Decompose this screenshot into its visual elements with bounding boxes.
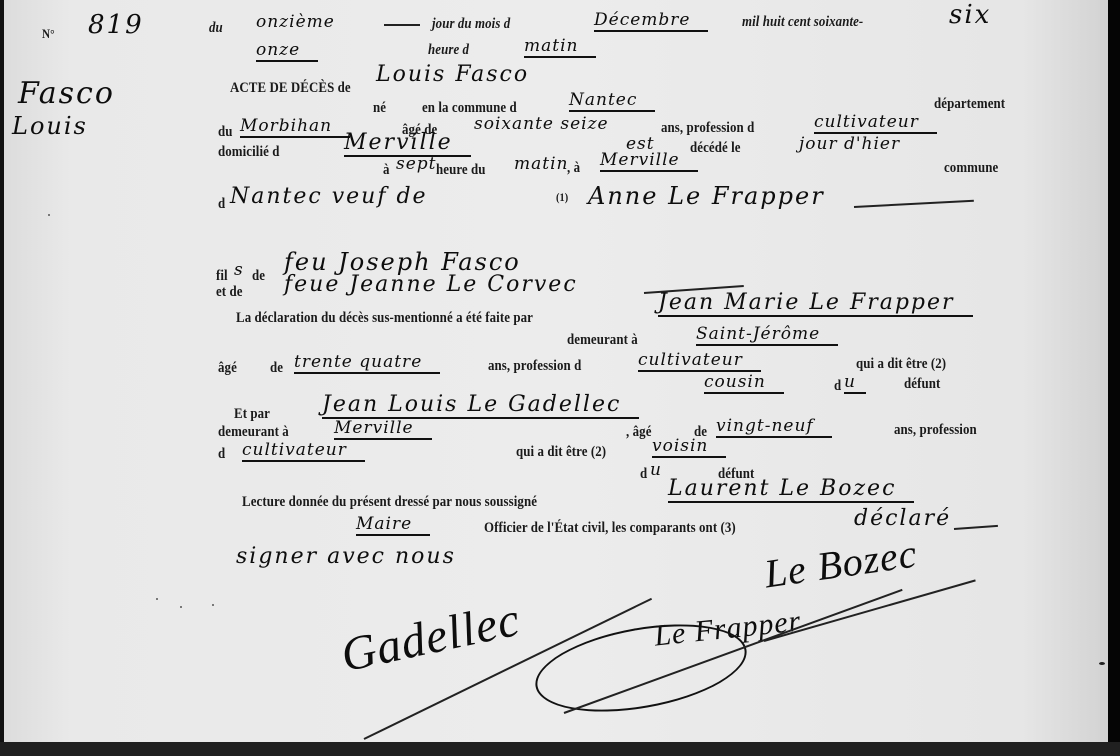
hw-spouse: Anne Le Frapper xyxy=(588,182,825,210)
label-demeurant-a: demeurant à xyxy=(567,332,638,349)
scan-right-edge xyxy=(1108,0,1120,742)
hw-declarant1-d: u xyxy=(844,372,866,394)
label-a: à xyxy=(383,162,390,179)
label-lecture: Lecture donnée du présent dressé par nou… xyxy=(242,494,537,511)
signature-gadellec: Gadellec xyxy=(336,592,525,683)
hw-age: soixante seize xyxy=(474,114,609,134)
label-age: âgé xyxy=(218,360,237,377)
hw-declarant2-profession: cultivateur xyxy=(242,440,365,462)
hw-declarant2-age: vingt-neuf xyxy=(716,416,832,438)
margin-firstname: Louis xyxy=(12,112,88,140)
label-acte-de-deces: ACTE DE DÉCÈS de xyxy=(230,80,351,97)
hw-profession: cultivateur xyxy=(814,112,937,134)
label-declaration: La déclaration du décès sus-mentionné a … xyxy=(236,310,533,327)
label-et-par: Et par xyxy=(234,406,270,423)
label-de: de xyxy=(252,268,265,285)
number-label: N° xyxy=(42,26,55,42)
scan-left-edge xyxy=(0,0,4,742)
hw-hour: onze xyxy=(256,40,318,62)
hw-death-place: Merville xyxy=(600,150,698,172)
hw-declarant2-residence: Merville xyxy=(334,418,432,440)
label-commune: commune xyxy=(944,160,998,177)
hw-domicile: Merville xyxy=(344,130,471,157)
label-ne: né xyxy=(373,100,386,117)
label-d-defunt: d xyxy=(834,378,841,395)
label-ans-profession-2: ans, profession d xyxy=(488,358,581,375)
label-fils: fil xyxy=(216,268,228,285)
label-defunt: défunt xyxy=(904,376,940,393)
label-ans-profession-3: ans, profession xyxy=(894,422,977,439)
label-mil-huit-cent: mil huit cent soixante- xyxy=(742,14,863,31)
label-qui-a-dit-etre: qui a dit être (2) xyxy=(856,356,946,373)
label-comma-a: , à xyxy=(567,160,580,177)
label-du-dept: du xyxy=(218,124,233,141)
label-d-2: d xyxy=(218,446,225,463)
label-officier: Officier de l'État civil, les comparants… xyxy=(484,520,736,537)
death-record-scan: N° 819 Fasco Louis du onzième jour du mo… xyxy=(4,0,1110,742)
signature-officer: Le Bozec xyxy=(761,530,920,598)
hw-month: Décembre xyxy=(594,10,708,32)
label-note-1: (1) xyxy=(556,190,568,205)
hw-commune-of: Nantec veuf de xyxy=(230,184,428,209)
hw-deceased-name: Louis Fasco xyxy=(376,62,529,87)
hw-signing: signer avec nous xyxy=(236,544,456,569)
hw-death-date: jour d'hier xyxy=(799,134,900,154)
hw-declarant1-residence: Saint-Jérôme xyxy=(696,324,838,346)
hw-year: six xyxy=(949,0,991,30)
label-du: du xyxy=(209,20,223,37)
hw-declarant2-relation: voisin xyxy=(652,436,726,458)
hw-declarant1-relation: cousin xyxy=(704,372,784,394)
label-qui-a-dit-etre-2: qui a dit être (2) xyxy=(516,444,606,461)
hw-birth-commune: Nantec xyxy=(569,90,655,112)
hw-declarant1-age: trente quatre xyxy=(294,352,440,374)
label-departement: département xyxy=(934,96,1005,113)
record-number: 819 xyxy=(88,10,144,40)
hw-declarant1-profession: cultivateur xyxy=(638,350,761,372)
label-domicilie: domicilié d xyxy=(218,144,280,161)
label-jour-du-mois: jour du mois d xyxy=(432,16,510,33)
label-decede-le: décédé le xyxy=(690,140,741,157)
hw-death-period: matin xyxy=(514,154,568,174)
label-age-2: , âgé xyxy=(626,424,652,441)
margin-surname: Fasco xyxy=(18,76,115,111)
hw-declarant2-d: u xyxy=(650,460,662,480)
hw-officer-title: Maire xyxy=(356,514,430,536)
hw-fils-suffix: s xyxy=(234,260,244,280)
label-ans-profession: ans, profession d xyxy=(661,120,754,137)
hw-department: Morbihan xyxy=(240,116,350,138)
label-de-age: de xyxy=(270,360,283,377)
label-et-de: et de xyxy=(216,284,243,301)
hw-hour-period: matin xyxy=(524,36,596,58)
label-d-3: d xyxy=(640,466,647,483)
hw-mother: feue Jeanne Le Corvec xyxy=(284,272,578,297)
hw-officer-name: Laurent Le Bozec xyxy=(668,476,914,503)
label-demeurant-a-2: demeurant à xyxy=(218,424,289,441)
hw-declarant1: Jean Marie Le Frapper xyxy=(658,290,973,317)
hw-declared: déclaré xyxy=(854,506,951,531)
label-d: d xyxy=(218,196,225,213)
label-heure-du: heure du xyxy=(436,162,486,179)
hw-declarant2: Jean Louis Le Gadellec xyxy=(322,392,639,419)
hw-day: onzième xyxy=(256,12,335,32)
viewer-bottom-bar xyxy=(0,742,1120,756)
hw-death-hour: sept xyxy=(396,154,437,174)
label-heure-de: heure d xyxy=(428,42,469,59)
